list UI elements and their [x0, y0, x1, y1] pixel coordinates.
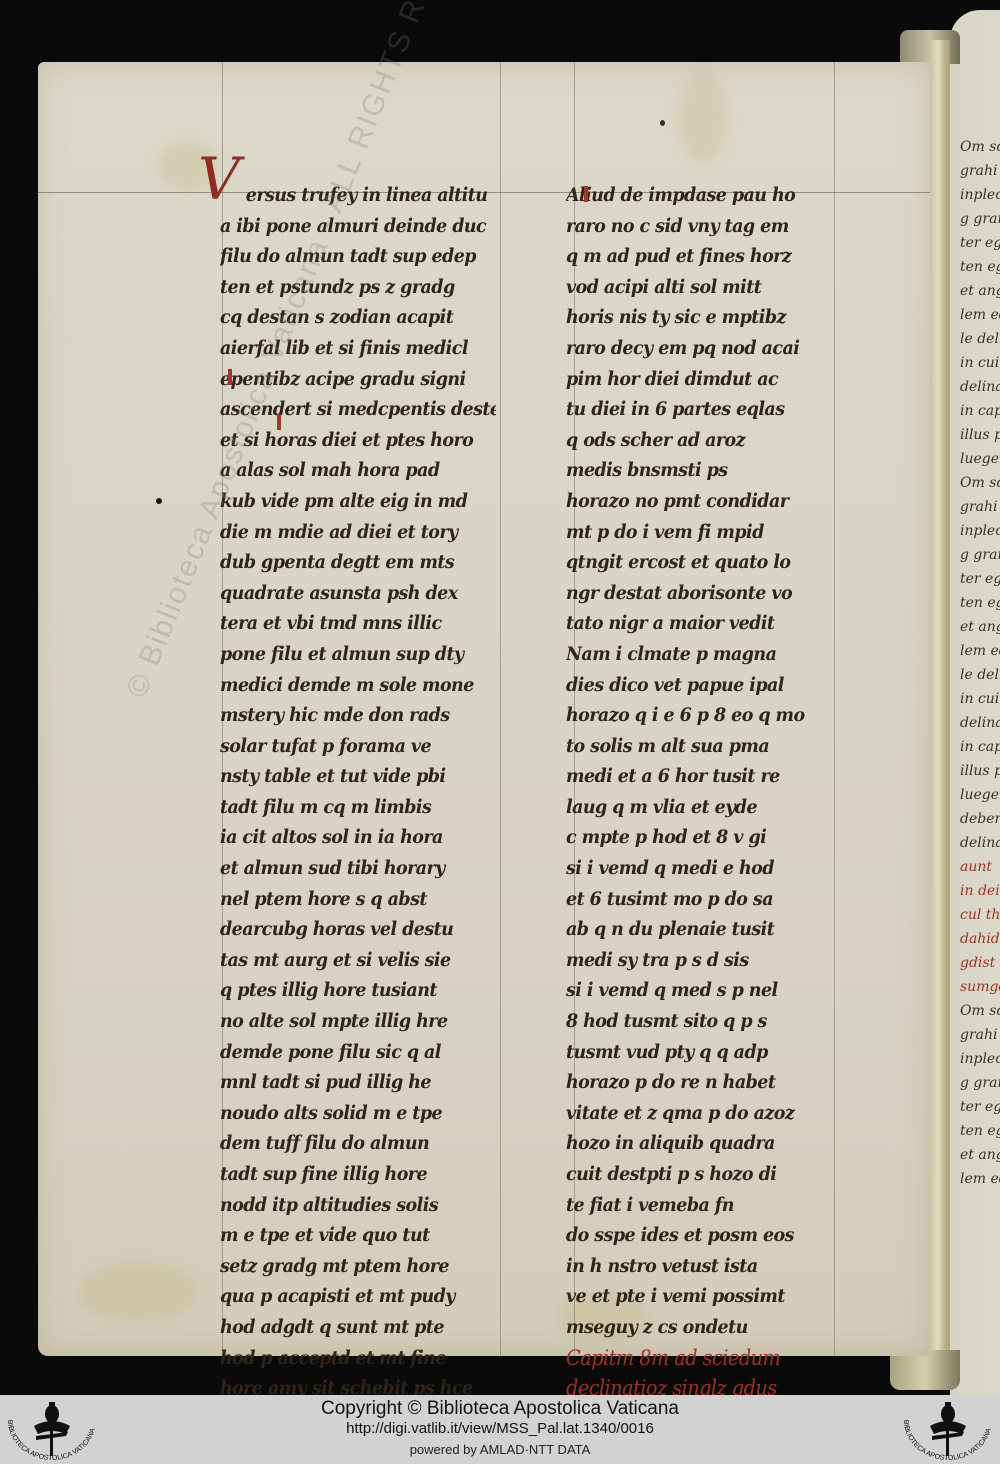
manuscript-line: tadt filu m cq m limbis — [220, 792, 496, 823]
next-page-line: in capiti — [960, 399, 1000, 423]
manuscript-line: in h nstro vetust ista — [566, 1251, 842, 1282]
manuscript-line: nodd itp altitudies solis — [220, 1190, 496, 1221]
manuscript-line: noudo alts solid m e tpe — [220, 1098, 496, 1129]
manuscript-line: si i vemd q medi e hod — [566, 853, 842, 884]
manuscript-line: to solis m alt sua pma — [566, 731, 842, 762]
manuscript-line: hod p acceptd et mt fine — [220, 1343, 496, 1374]
next-page-line: inplecti — [960, 183, 1000, 207]
manuscript-line: 8 hod tusmt sito q p s — [566, 1006, 842, 1037]
papal-arms-icon: BIBLIOTECA APOSTOLICA VATICANA — [0, 1400, 104, 1462]
manuscript-line: hore amy sit schebit ps hce — [220, 1373, 496, 1395]
manuscript-line: demde pone filu sic q al — [220, 1037, 496, 1068]
manuscript-line: dem tuff filu do almun — [220, 1128, 496, 1159]
next-page-text: Om solgrahi poinplectig grandter egoten … — [960, 135, 1000, 1191]
manuscript-line: medis bnsmsti ps — [566, 455, 842, 486]
manuscript-line: raro decy em pq nod acai — [566, 333, 842, 364]
vatican-library-logo-right: BIBLIOTECA APOSTOLICA VATICANA — [896, 1400, 1000, 1462]
manuscript-line: mt p do i vem fi mpid — [566, 517, 842, 548]
next-page-line: ten ego — [960, 1119, 1000, 1143]
next-page-line: g grand — [960, 543, 1000, 567]
next-page-line: et ang — [960, 1143, 1000, 1167]
manuscript-line: hozo in aliquib quadra — [566, 1128, 842, 1159]
rubric-line: Capitm 8m ad sciedum — [566, 1343, 842, 1374]
manuscript-line: cuit destpti p s hozo di — [566, 1159, 842, 1190]
manuscript-line: ia cit altos sol in ia hora — [220, 822, 496, 853]
next-page-line: g grand — [960, 207, 1000, 231]
manuscript-line: pim hor diei dimdut ac — [566, 364, 842, 395]
manuscript-line: horazo no pmt condidar — [566, 486, 842, 517]
manuscript-line: mstery hic mde don rads — [220, 700, 496, 731]
manuscript-line: mseguy z cs ondetu — [566, 1312, 842, 1343]
next-page-line: luegeit — [960, 447, 1000, 471]
manuscript-line: Aliud de impdase pau ho — [566, 180, 842, 211]
manuscript-line: m e tpe et vide quo tut — [220, 1220, 496, 1251]
next-page-line: debentq — [960, 807, 1000, 831]
next-page-line: ter ego — [960, 231, 1000, 255]
manuscript-line: solar tufat p forama ve — [220, 731, 496, 762]
next-page-rubric-line: dahide — [960, 927, 1000, 951]
manuscript-line: hod adgdt q sunt mt pte — [220, 1312, 496, 1343]
binding-bottom — [890, 1350, 960, 1390]
manuscript-line: et 6 tusimt mo p do sa — [566, 884, 842, 915]
manuscript-line: laug q m vlia et eyde — [566, 792, 842, 823]
manuscript-line: no alte sol mpte illig hre — [220, 1006, 496, 1037]
next-page-line: ter ego — [960, 1095, 1000, 1119]
page-url[interactable]: http://digi.vatlib.it/view/MSS_Pal.lat.1… — [0, 1420, 1000, 1438]
manuscript-line: et almun sud tibi horary — [220, 853, 496, 884]
manuscript-line: a ibi pone almuri deinde duc — [220, 211, 496, 242]
next-page-line: inplecti — [960, 519, 1000, 543]
next-page-line: delinatio — [960, 831, 1000, 855]
manuscript-line: ten et pstundz ps z gradg — [220, 272, 496, 303]
next-page-line: lem edesa — [960, 639, 1000, 663]
manuscript-line: qua p acapisti et mt pudy — [220, 1281, 496, 1312]
manuscript-line: qtngit ercost et quato lo — [566, 547, 842, 578]
copyright-text: Copyright © Biblioteca Apostolica Vatica… — [0, 1398, 1000, 1420]
powered-by-text: powered by AMLAD·NTT DATA — [0, 1442, 1000, 1458]
manuscript-line: ngr destat aborisonte vo — [566, 578, 842, 609]
manuscript-line: Nam i clmate p magna — [566, 639, 842, 670]
rubric-mark — [584, 186, 588, 202]
next-page-rubric-line: in dei q — [960, 879, 1000, 903]
manuscript-line: medici demde m sole mone — [220, 670, 496, 701]
next-page-rubric-line: sumgdut — [960, 975, 1000, 999]
rubric-mark — [228, 369, 232, 385]
manuscript-line: setz gradg mt ptem hore — [220, 1251, 496, 1282]
manuscript-line: dies dico vet papue ipal — [566, 670, 842, 701]
next-page-line: illus pe — [960, 759, 1000, 783]
manuscript-line: te fiat i vemeba fn — [566, 1190, 842, 1221]
rubric-mark — [277, 414, 281, 430]
manuscript-line: tu diei in 6 partes eqlas — [566, 394, 842, 425]
manuscript-line: nel ptem hore s q abst — [220, 884, 496, 915]
next-page-line: ten ego — [960, 255, 1000, 279]
manuscript-line: dearcubg horas vel destu — [220, 914, 496, 945]
next-page-line: in capiti — [960, 735, 1000, 759]
next-page-line: grahi po — [960, 1023, 1000, 1047]
text-column-right: Aliud de impdase pau horaro no c sid vny… — [566, 180, 866, 1395]
manuscript-line: tas mt aurg et si velis sie — [220, 945, 496, 976]
next-page-line: luegeit — [960, 783, 1000, 807]
manuscript-line: pone filu et almun sup dty — [220, 639, 496, 670]
next-page-line: ten ego — [960, 591, 1000, 615]
manuscript-line: mnl tadt si pud illig he — [220, 1067, 496, 1098]
next-page-line: g grand — [960, 1071, 1000, 1095]
next-page-line: et ang — [960, 615, 1000, 639]
manuscript-line: die m mdie ad diei et tory — [220, 517, 496, 548]
next-page-line: illus pe — [960, 423, 1000, 447]
next-page-line: grahi po — [960, 159, 1000, 183]
manuscript-line: medi sy tra p s d sis — [566, 945, 842, 976]
next-page-rubric-line: gdist s — [960, 951, 1000, 975]
vatican-library-logo-left: BIBLIOTECA APOSTOLICA VATICANA — [0, 1400, 104, 1462]
manuscript-line: a alas sol mah hora pad — [220, 455, 496, 486]
manuscript-line: vod acipi alti sol mitt — [566, 272, 842, 303]
next-page-line: ter ego — [960, 567, 1000, 591]
manuscript-line: c mpte p hod et 8 v gi — [566, 822, 842, 853]
manuscript-line: ab q n du plenaie tusit — [566, 914, 842, 945]
manuscript-line: vitate et z qma p do azoz — [566, 1098, 842, 1129]
manuscript-line: cq destan s zodian acapit — [220, 302, 496, 333]
next-page-line: grahi po — [960, 495, 1000, 519]
page-gutter — [930, 40, 950, 1360]
manuscript-line: tusmt vud pty q q adp — [566, 1037, 842, 1068]
manuscript-line: ve et pte i vemi possimt — [566, 1281, 842, 1312]
papal-arms-icon: BIBLIOTECA APOSTOLICA VATICANA — [896, 1400, 1000, 1462]
next-page-line: Om sol — [960, 471, 1000, 495]
next-page-line: in cuiu — [960, 351, 1000, 375]
manuscript-line: q ods scher ad aroz — [566, 425, 842, 456]
next-page-line: inplecti — [960, 1047, 1000, 1071]
manuscript-page: V ersus trufey in linea altitua ibi pone… — [38, 62, 930, 1356]
manuscript-line: nsty table et tut vide pbi — [220, 761, 496, 792]
manuscript-line: horis nis ty sic e mptibz — [566, 302, 842, 333]
manuscript-line: tera et vbi tmd mns illic — [220, 608, 496, 639]
footer: Copyright © Biblioteca Apostolica Vatica… — [0, 1395, 1000, 1464]
manuscript-line: horazo p do re n habet — [566, 1067, 842, 1098]
ink-dot — [156, 498, 162, 504]
manuscript-line: q ptes illig hore tusiant — [220, 975, 496, 1006]
next-page-line: lem edesa — [960, 1167, 1000, 1191]
manuscript-line: medi et a 6 hor tusit re — [566, 761, 842, 792]
manuscript-line: quadrate asunsta psh dex — [220, 578, 496, 609]
manuscript-line: tato nigr a maior vedit — [566, 608, 842, 639]
manuscript-line: tadt sup fine illig hore — [220, 1159, 496, 1190]
manuscript-line: dub gpenta degtt em mts — [220, 547, 496, 578]
next-page-rubric-line: cul thing — [960, 903, 1000, 927]
next-page-line: delinatio — [960, 375, 1000, 399]
rubric-line: declinatioz singlz gdus — [566, 1373, 842, 1395]
manuscript-line: horazo q i e 6 p 8 eo q mo — [566, 700, 842, 731]
next-page-line: delinatio — [960, 711, 1000, 735]
next-page-line: lem edesa — [960, 303, 1000, 327]
manuscript-line: raro no c sid vny tag em — [566, 211, 842, 242]
next-page-line: Om sol — [960, 999, 1000, 1023]
manuscript-viewer: Om solgrahi poinplectig grandter egoten … — [0, 0, 1000, 1395]
manuscript-line: si i vemd q med s p nel — [566, 975, 842, 1006]
next-page-line: le delinati — [960, 663, 1000, 687]
manuscript-line: kub vide pm alte eig in md — [220, 486, 496, 517]
next-page-rubric-line: aunt — [960, 855, 1000, 879]
ink-spot — [660, 120, 665, 126]
next-page-line: et ang — [960, 279, 1000, 303]
manuscript-line: filu do almun tadt sup edep — [220, 241, 496, 272]
next-page-line: Om sol — [960, 135, 1000, 159]
next-page-line: le delinati — [960, 327, 1000, 351]
next-page-line: in cuiu — [960, 687, 1000, 711]
manuscript-line: q m ad pud et fines horz — [566, 241, 842, 272]
manuscript-line: do sspe ides et posm eos — [566, 1220, 842, 1251]
